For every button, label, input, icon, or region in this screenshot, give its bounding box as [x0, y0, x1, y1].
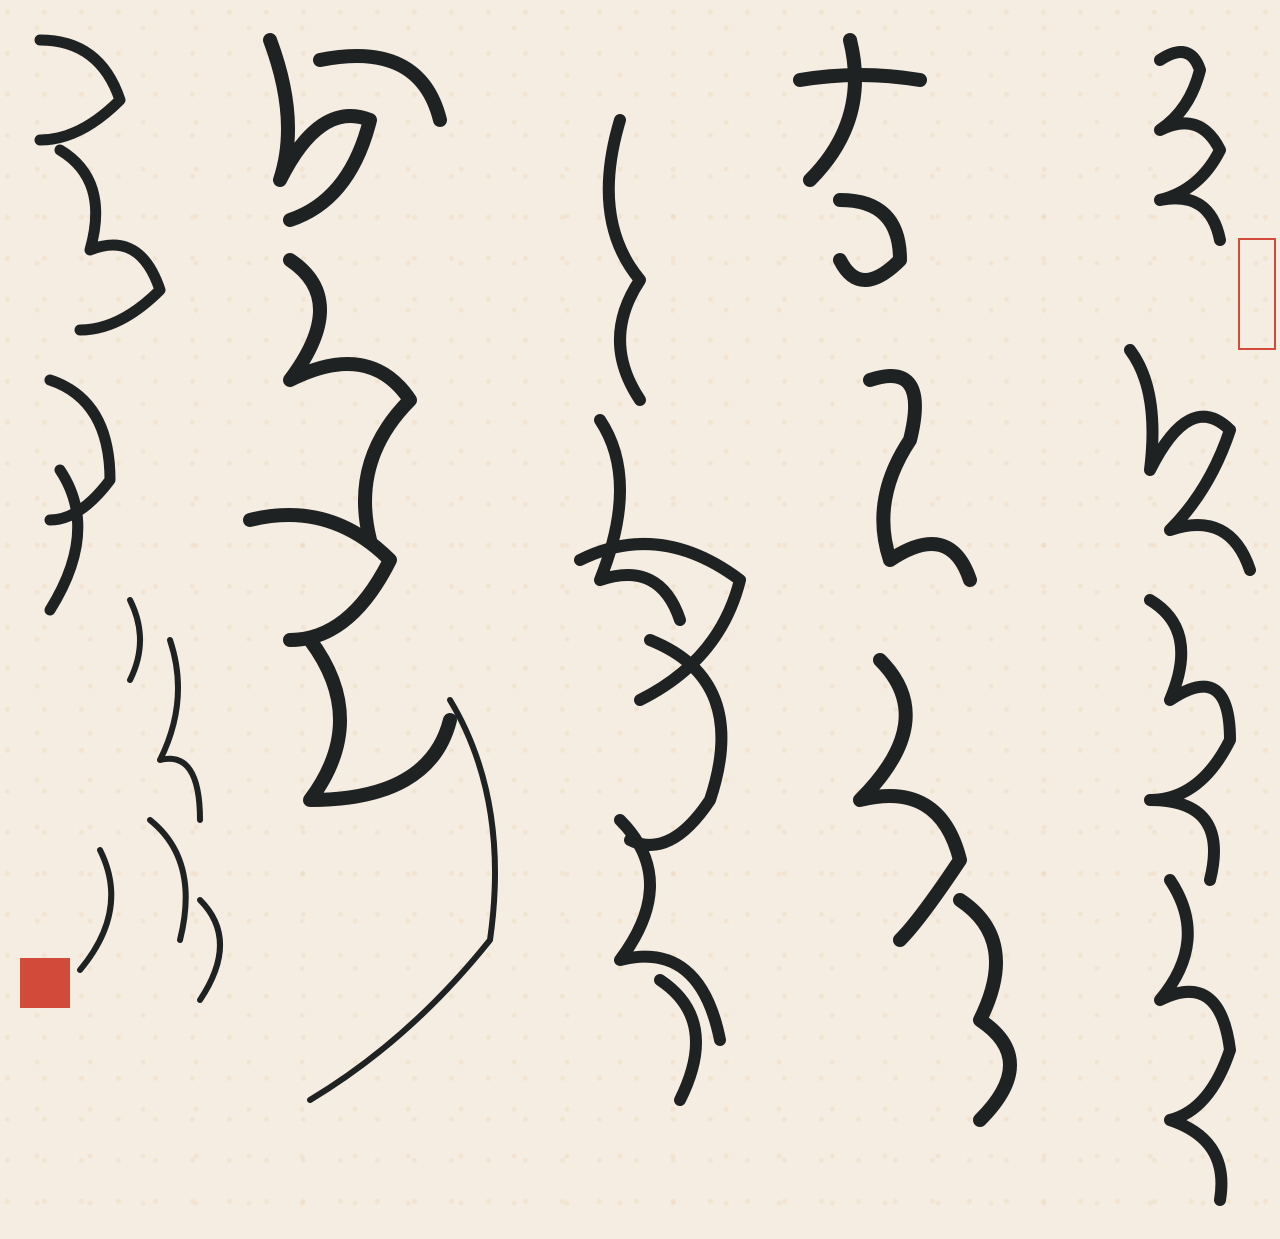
seal-stamp-upper-right — [1238, 238, 1276, 350]
calligraphy-paper — [0, 0, 1280, 1239]
calligraphy-strokes — [0, 0, 1280, 1239]
seal-stamp-lower-left — [20, 958, 70, 1008]
